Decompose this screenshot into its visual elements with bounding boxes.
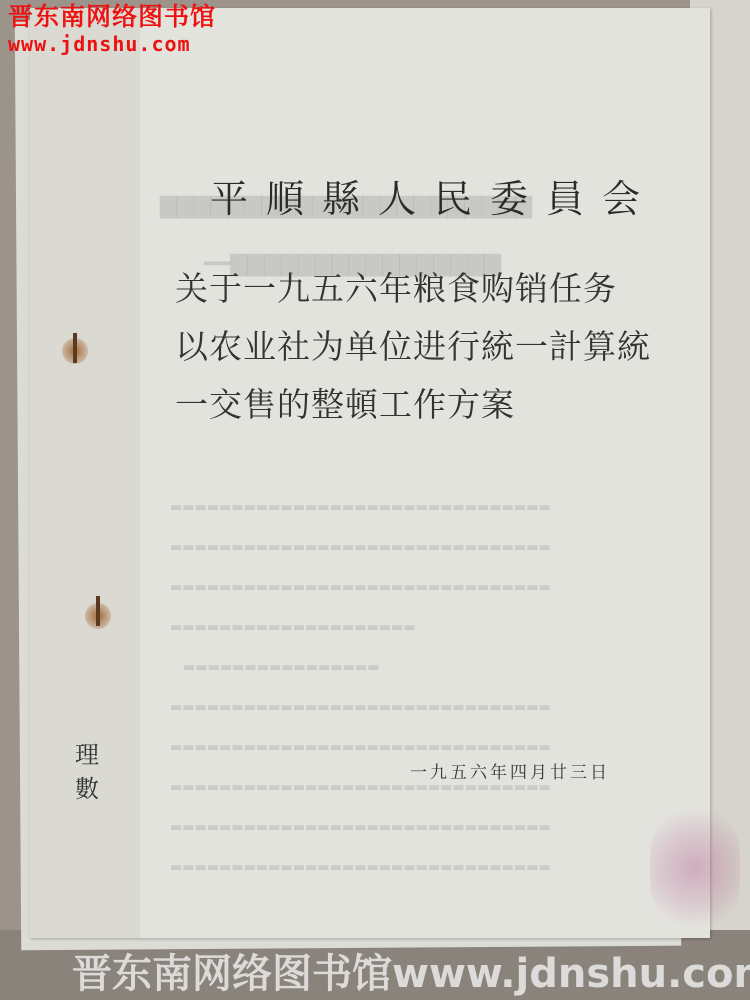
watermark-site-name: 晋东南网络图书馆 — [8, 2, 216, 32]
watermark-site-url: www.jdnshu.com — [8, 32, 216, 56]
watermark-bottom: 晋东南网络图书馆www.jdnshu.com — [72, 950, 750, 998]
subtitle-line: 关于一九五六年粮食购销任务 — [175, 260, 675, 318]
watermark-top: 晋东南网络图书馆 www.jdnshu.com — [8, 2, 216, 56]
subtitle-line: 以农业社为单位进行統一計算統 — [175, 318, 675, 376]
staple-icon — [96, 596, 100, 626]
handwritten-note: 理數 — [75, 738, 115, 806]
staple-icon — [73, 333, 77, 363]
red-stamp-mark — [650, 808, 740, 928]
subtitle-line: 一交售的整頓工作方案 — [175, 376, 675, 434]
document-subtitle: 关于一九五六年粮食购销任务 以农业社为单位进行統一計算統 一交售的整頓工作方案 — [175, 260, 675, 434]
bleed-through-body: ▬▬▬▬▬▬▬▬▬▬▬▬▬▬▬▬▬▬▬▬▬▬▬▬▬▬▬▬▬▬▬ ▬▬▬▬▬▬▬▬… — [170, 488, 690, 888]
document-page: ▇▇▇▇▇▇▇▇▇▇▇▇▇▇▇▇▇▇▇▇▇▇ ━━▇▇▇▇▇▇▇▇▇▇▇▇▇▇▇… — [30, 8, 710, 938]
document-title: 平順縣人民委員会 — [210, 168, 658, 223]
document-date: 一九五六年四月廿三日 — [410, 758, 610, 783]
